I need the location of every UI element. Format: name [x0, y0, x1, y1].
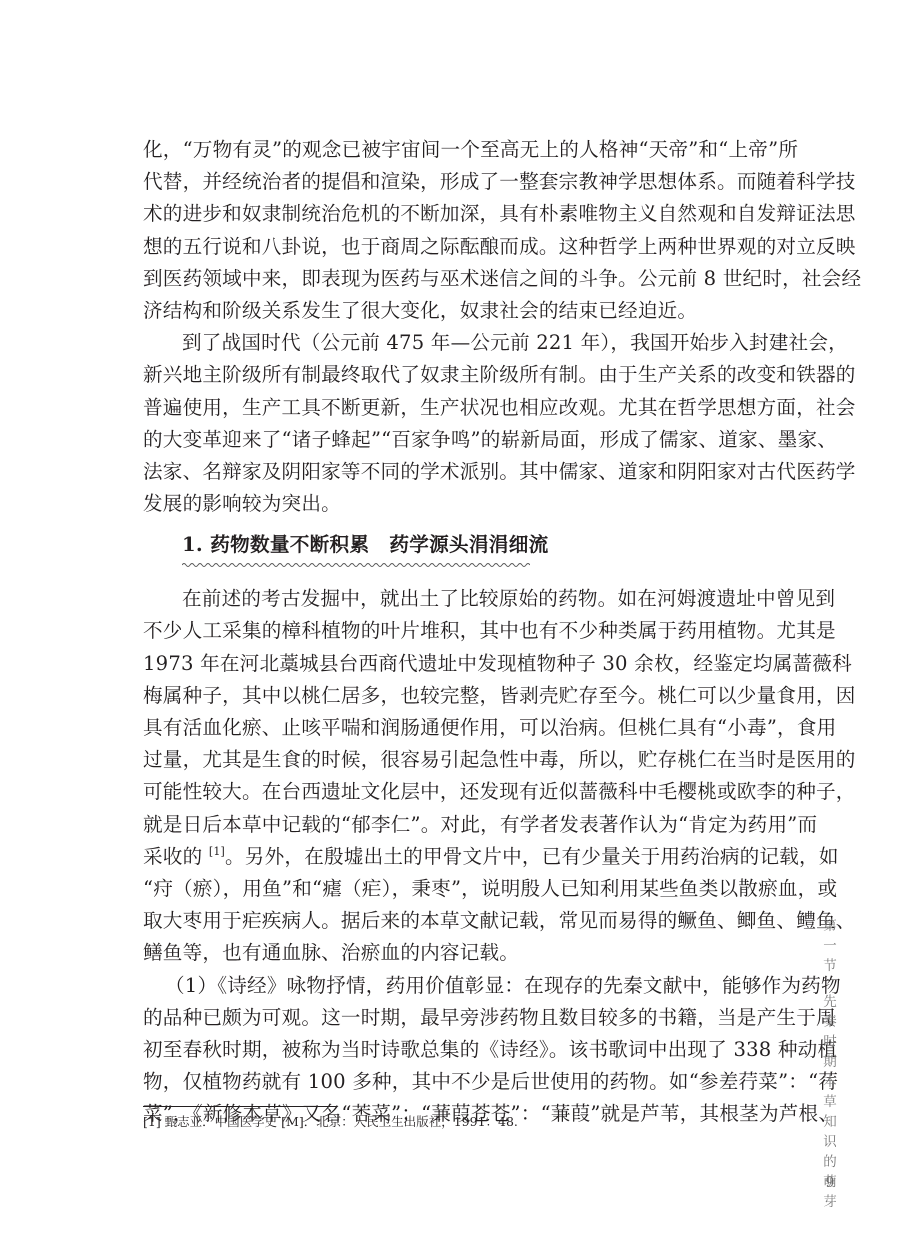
text-line: 想的五行说和八卦说，也于商周之际酝酿而成。这种哲学上两种世界观的对立反映: [143, 231, 787, 263]
text-line: 具有活血化瘀、止咳平喘和润肠通便作用，可以治病。但桃仁具有“小毒”，食用: [143, 712, 787, 744]
paragraph-3: 在前述的考古发掘中，就出土了比较原始的药物。如在河姆渡遗址中曾见到 不少人工采集…: [143, 583, 787, 969]
text-line: 取大枣用于疟疾病人。据后来的本草文献记载，常见而易得的鳜鱼、鲫鱼、鳢鱼、: [143, 905, 787, 937]
text-line: 术的进步和奴隶制统治危机的不断加深，具有朴素唯物主义自然观和自发辩证法思: [143, 198, 787, 230]
text-segment: 。另外，在殷墟出土的甲骨文片中，已有少量关于用药治病的记载，如: [225, 845, 839, 868]
text-line: 到了战国时代（公元前 475 年—公元前 221 年），我国开始步入封建社会，: [143, 327, 787, 359]
running-head-char: 草: [816, 1092, 844, 1112]
running-head-char: 节: [816, 956, 844, 976]
paragraph-2: 到了战国时代（公元前 475 年—公元前 221 年），我国开始步入封建社会， …: [143, 327, 787, 520]
text-line: 1973 年在河北藁城县台西商代遗址中发现植物种子 30 余枚，经鉴定均属蔷薇科: [143, 648, 787, 680]
footnote-reference[interactable]: [1]: [209, 845, 225, 858]
text-line: 法家、名辩家及阴阳家等不同的学术派别。其中儒家、道家和阴阳家对古代医药学: [143, 456, 787, 488]
running-head-char: 知: [816, 1112, 844, 1132]
text-line: 济结构和阶级关系发生了很大变化，奴隶社会的结束已经迫近。: [143, 295, 787, 327]
text-line: 发展的影响较为突出。: [143, 488, 787, 520]
text-line-with-footnote-ref: 采收的 [1]。另外，在殷墟出土的甲骨文片中，已有少量关于用药治病的记载，如: [143, 841, 787, 873]
paragraph-1: 化，“万物有灵”的观念已被宇宙间一个至高无上的人格神“天帝”和“上帝”所 代替，…: [143, 134, 787, 327]
text-line: 到医药领域中来，即表现为医药与巫术迷信之间的斗争。公元前 8 世纪时，社会经: [143, 263, 787, 295]
running-head-char: 识: [816, 1132, 844, 1152]
text-line: 新兴地主阶级所有制最终取代了奴隶主阶级所有制。由于生产关系的改变和铁器的: [143, 359, 787, 391]
running-head-char: 先: [816, 992, 844, 1012]
text-segment: 采收的: [143, 845, 202, 868]
book-page: 化，“万物有灵”的观念已被宇宙间一个至高无上的人格神“天帝”和“上帝”所 代替，…: [0, 0, 900, 1245]
text-line: 梅属种子，其中以桃仁居多，也较完整，皆剥壳贮存至今。桃仁可以少量食用，因: [143, 680, 787, 712]
text-line: 鳝鱼等，也有通血脉、治瘀血的内容记载。: [143, 937, 787, 969]
running-head-char: 秦: [816, 1012, 844, 1032]
running-head-char: 时: [816, 1032, 844, 1052]
text-line: 代替，并经统治者的提倡和渲染，形成了一整套宗教神学思想体系。而随着科学技: [143, 166, 787, 198]
heading-part-1: 药物数量不断积累: [210, 533, 369, 556]
text-line: 化，“万物有灵”的观念已被宇宙间一个至高无上的人格神“天帝”和“上帝”所: [143, 134, 787, 166]
heading-number: 1.: [182, 533, 203, 556]
text-line: 不少人工采集的樟科植物的叶片堆积，其中也有不少种类属于药用植物。尤其是: [143, 615, 787, 647]
footnote-divider: [143, 1106, 336, 1107]
footnote: [1] 甄志亚．中国医学史 [M]．北京：人民卫生出版社，1991：48.: [143, 1112, 518, 1132]
text-line: 的品种已颇为可观。这一时期，最早旁涉药物且数目较多的书籍，当是产生于周: [143, 1002, 787, 1034]
running-head-char: 第: [816, 916, 844, 936]
body-text: 化，“万物有灵”的观念已被宇宙间一个至高无上的人格神“天帝”和“上帝”所 代替，…: [143, 134, 787, 1130]
text-line: 就是日后本草中记载的“郁李仁”。对此，有学者发表著作认为“肯定为药用”而: [143, 809, 787, 841]
wavy-underline: [182, 562, 530, 568]
running-head-char: 芽: [816, 1192, 844, 1212]
text-line: “疛（瘀），用鱼”和“瘧（疟），秉枣”，说明殷人已知利用某些鱼类以散瘀血，或: [143, 873, 787, 905]
running-head: 第 一 节 先 秦 时 期 本 草 知 识 的 萌 芽: [816, 916, 844, 1212]
running-head-char: 本: [816, 1072, 844, 1092]
heading-part-2: 药学源头涓涓细流: [389, 533, 548, 556]
running-head-char: 期: [816, 1052, 844, 1072]
running-head-char: 一: [816, 936, 844, 956]
text-line: 普遍使用，生产工具不断更新，生产状况也相应改观。尤其在哲学思想方面，社会: [143, 392, 787, 424]
section-heading-text: 1. 药物数量不断积累药学源头涓涓细流: [182, 530, 549, 560]
text-line: 在前述的考古发掘中，就出土了比较原始的药物。如在河姆渡遗址中曾见到: [143, 583, 787, 615]
section-heading: 1. 药物数量不断积累药学源头涓涓细流: [143, 520, 787, 583]
page-number: 9: [816, 1175, 844, 1191]
running-head-char: 的: [816, 1152, 844, 1172]
text-line: 初至春秋时期，被称为当时诗歌总集的《诗经》。该书歌词中出现了 338 种动植: [143, 1034, 787, 1066]
text-line: 过量，尤其是生食的时候，很容易引起急性中毒，所以，贮存桃仁在当时是医用的: [143, 744, 787, 776]
text-line: （1）《诗经》咏物抒情，药用价值彰显：在现存的先秦文献中，能够作为药物: [143, 970, 787, 1002]
text-line: 可能性较大。在台西遗址文化层中，还发现有近似蔷薇科中毛樱桃或欧李的种子，: [143, 776, 787, 808]
text-line: 物，仅植物药就有 100 多种，其中不少是后世使用的药物。如“参差荇菜”：“荇: [143, 1066, 787, 1098]
text-line: 的大变革迎来了“诸子蜂起”“百家争鸣”的崭新局面，形成了儒家、道家、墨家、: [143, 424, 787, 456]
